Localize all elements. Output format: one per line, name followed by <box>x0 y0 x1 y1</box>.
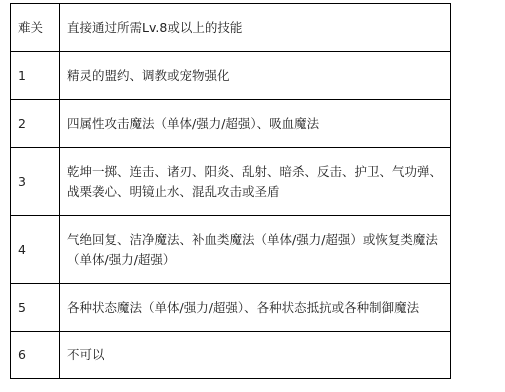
skill-cell: 气绝回复、洁净魔法、补血类魔法（单体/强力/超强）或恢复类魔法（单体/强力/超强… <box>60 216 451 284</box>
level-cell: 3 <box>11 148 60 216</box>
skill-cell: 各种状态魔法（单体/强力/超强）、各种状态抵抗或各种制御魔法 <box>60 284 451 332</box>
skill-value: 不可以 <box>67 345 444 365</box>
table-row: 5 各种状态魔法（单体/强力/超强）、各种状态抵抗或各种制御魔法 <box>11 284 451 332</box>
skill-cell: 乾坤一掷、连击、诸刃、阳炎、乱射、暗杀、反击、护卫、气功弹、战栗袭心、明镜止水、… <box>60 148 451 216</box>
level-value: 1 <box>18 66 59 86</box>
skill-value: 各种状态魔法（单体/强力/超强）、各种状态抵抗或各种制御魔法 <box>67 298 444 318</box>
table-row: 2 四属性攻击魔法（单体/强力/超强）、吸血魔法 <box>11 100 451 148</box>
skill-value: 乾坤一掷、连击、诸刃、阳炎、乱射、暗杀、反击、护卫、气功弹、战栗袭心、明镜止水、… <box>67 162 444 202</box>
table-header-row: 难关 直接通过所需Lv.8或以上的技能 <box>11 4 451 52</box>
header-level-cell: 难关 <box>11 4 60 52</box>
table-row: 6 不可以 <box>11 332 451 379</box>
header-skill-label: 直接通过所需Lv.8或以上的技能 <box>67 18 444 38</box>
skill-value: 气绝回复、洁净魔法、补血类魔法（单体/强力/超强）或恢复类魔法（单体/强力/超强… <box>67 230 444 270</box>
level-value: 5 <box>18 298 59 318</box>
level-cell: 1 <box>11 52 60 100</box>
skill-cell: 不可以 <box>60 332 451 379</box>
level-cell: 2 <box>11 100 60 148</box>
level-value: 6 <box>18 345 59 365</box>
level-cell: 4 <box>11 216 60 284</box>
level-value: 2 <box>18 114 59 134</box>
skill-value: 精灵的盟约、调教或宠物强化 <box>67 66 444 86</box>
level-cell: 5 <box>11 284 60 332</box>
table-row: 3 乾坤一掷、连击、诸刃、阳炎、乱射、暗杀、反击、护卫、气功弹、战栗袭心、明镜止… <box>11 148 451 216</box>
table-row: 4 气绝回复、洁净魔法、补血类魔法（单体/强力/超强）或恢复类魔法（单体/强力/… <box>11 216 451 284</box>
level-value: 4 <box>18 240 59 260</box>
level-value: 3 <box>18 172 59 192</box>
header-skill-cell: 直接通过所需Lv.8或以上的技能 <box>60 4 451 52</box>
level-cell: 6 <box>11 332 60 379</box>
skill-value: 四属性攻击魔法（单体/强力/超强）、吸血魔法 <box>67 114 444 134</box>
header-level-label: 难关 <box>18 18 59 38</box>
skill-requirement-table: 难关 直接通过所需Lv.8或以上的技能 1 精灵的盟约、调教或宠物强化 2 四属… <box>10 3 451 379</box>
table-row: 1 精灵的盟约、调教或宠物强化 <box>11 52 451 100</box>
skill-cell: 四属性攻击魔法（单体/强力/超强）、吸血魔法 <box>60 100 451 148</box>
skill-cell: 精灵的盟约、调教或宠物强化 <box>60 52 451 100</box>
